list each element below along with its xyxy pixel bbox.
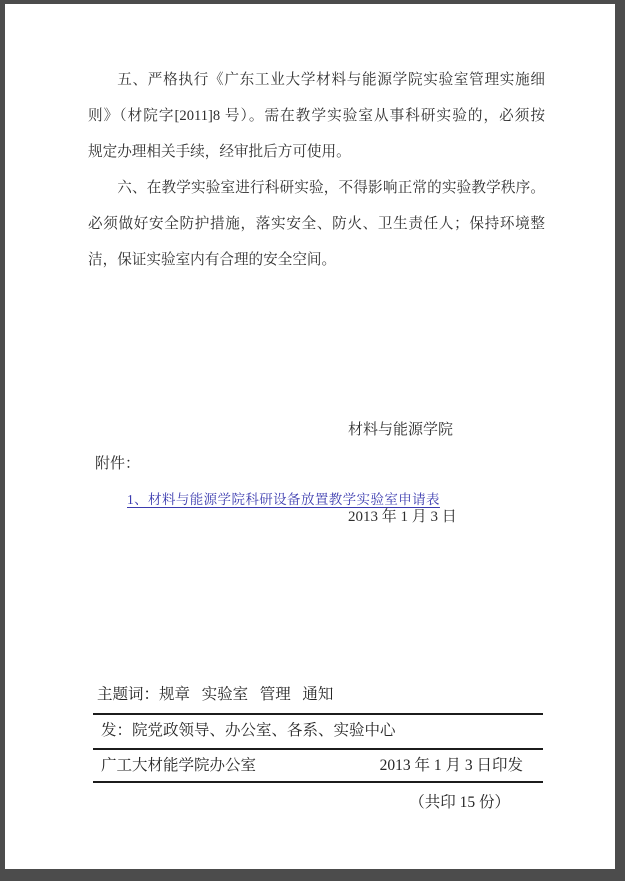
- attachment-link[interactable]: 1、材料与能源学院科研设备放置教学实验室申请表: [127, 488, 440, 508]
- document-footer: 主题词：规章 实验室 管理 通知 发：院党政领导、办公室、各系、实验中心 广工大…: [93, 680, 543, 813]
- body-paragraph-line: 必须做好安全防护措施，落实安全、防火、卫生责任人；保持环境整: [88, 206, 545, 242]
- body-paragraph-line: 则》（材院字[2011]8 号）。需在教学实验室从事科研实验的，必须按: [88, 98, 545, 134]
- body-paragraph-line: 规定办理相关手续，经审批后方可使用。: [88, 134, 545, 170]
- document-body: 五、严格执行《广东工业大学材料与能源学院实验室管理实施细 则》（材院字[2011…: [88, 62, 545, 278]
- signature-block: 材料与能源学院 2013 年 1 月 3 日: [348, 358, 457, 590]
- document-page: 五、严格执行《广东工业大学材料与能源学院实验室管理实施细 则》（材院字[2011…: [5, 4, 615, 869]
- print-date: 2013 年 1 月 3 日印发: [380, 756, 523, 776]
- screenshot-root: { "page": { "surround_color": "#4c4c4c",…: [0, 0, 625, 881]
- distribution-list-row: 发：院党政领导、办公室、各系、实验中心: [93, 715, 543, 750]
- issuing-office: 广工大材能学院办公室: [101, 756, 256, 776]
- issuing-office-row: 广工大材能学院办公室 2013 年 1 月 3 日印发: [93, 750, 543, 783]
- body-paragraph-line: 六、在教学实验室进行科研实验，不得影响正常的实验教学秩序。: [88, 170, 545, 206]
- body-paragraph-line: 洁，保证实验室内有合理的安全空间。: [88, 242, 545, 278]
- body-paragraph-line: 五、严格执行《广东工业大学材料与能源学院实验室管理实施细: [88, 62, 545, 98]
- attachment-label: 附件：: [95, 452, 140, 473]
- signature-org-name: 材料与能源学院: [348, 416, 457, 445]
- print-copies: （共印 15 份）: [93, 783, 543, 813]
- subject-keywords-row: 主题词：规章 实验室 管理 通知: [93, 680, 543, 715]
